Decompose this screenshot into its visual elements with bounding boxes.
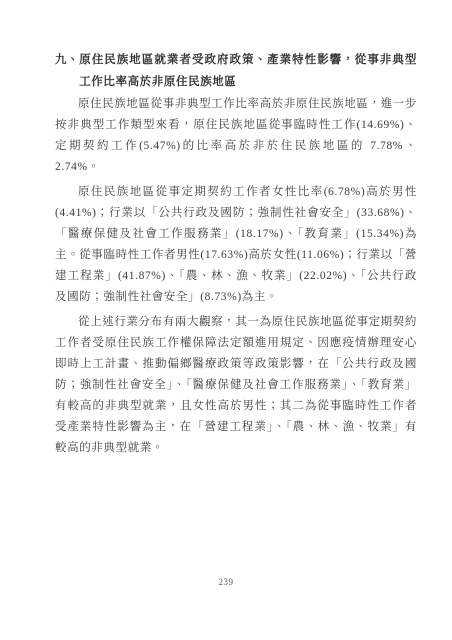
page-footer: 239 (0, 577, 452, 588)
document-page: 九、 原住民族地區就業者受政府政策、產業特性影響，從事非典型工作比率高於非原住民… (0, 0, 452, 640)
section-heading-text: 原住民族地區就業者受政府政策、產業特性影響，從事非典型工作比率高於非原住民族地區 (79, 49, 417, 93)
paragraph-industry-observations: 從上述行業分布有兩大觀察，其一為原住民族地區從事定期契約工作者受原住民族工作權保… (55, 312, 417, 459)
page-content: 九、 原住民族地區就業者受政府政策、產業特性影響，從事非典型工作比率高於非原住民… (55, 49, 417, 463)
page-number: 239 (219, 577, 234, 587)
section-heading: 九、 原住民族地區就業者受政府政策、產業特性影響，從事非典型工作比率高於非原住民… (55, 49, 417, 93)
paragraph-gender-industry-breakdown: 原住民族地區從事定期契約工作者女性比率(6.78%)高於男性(4.41%)；行業… (55, 182, 417, 308)
section-number: 九、 (55, 49, 79, 93)
paragraph-nonstandard-work-rates: 原住民族地區從事非典型工作比率高於非原住民族地區，進一步按非典型工作類型來看，原… (55, 94, 417, 178)
